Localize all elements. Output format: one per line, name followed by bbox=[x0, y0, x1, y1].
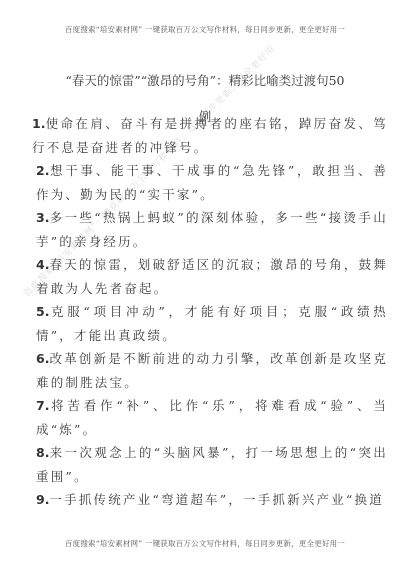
item-text: 将苦看作“补”、比作“乐”，将难看成“验”、当成“炼”。 bbox=[36, 398, 388, 437]
document-body: 1.使命在肩、奋斗有是拼搏者的座右铭，踔厉奋发、笃行不息是奋进者的冲锋号。 2.… bbox=[32, 112, 388, 512]
item-text: 想干事、能干事、干成事的“急先锋”，敢担当、善作为、勤为民的“实干家”。 bbox=[36, 163, 388, 202]
item-number: 3. bbox=[36, 210, 49, 225]
item-text: 来一次观念上的“头脑风暴”，打一场思想上的“突出重围”。 bbox=[36, 445, 388, 484]
header-promo-note: 百度搜索“培安素材网” 一键获取百万公文写作材料，每日同步更新，更全更好用一 bbox=[0, 24, 410, 35]
list-item: 9.一手抓传统产业“弯道超车”，一手抓新兴产业“换道 bbox=[32, 488, 388, 512]
item-text: 使命在肩、奋斗有是拼搏者的座右铭，踔厉奋发、笃行不息是奋进者的冲锋号。 bbox=[32, 116, 388, 155]
footer-promo-note: 百度搜索“培安素材网” 一键获取百万公文写作材料，每日同步更新，更全更好用一 bbox=[0, 538, 410, 549]
item-number: 1. bbox=[32, 116, 45, 131]
item-number: 8. bbox=[36, 445, 49, 460]
item-number: 7. bbox=[36, 398, 49, 413]
item-number: 9. bbox=[36, 492, 49, 507]
list-item: 8.来一次观念上的“头脑风暴”，打一场思想上的“突出重围”。 bbox=[32, 441, 388, 488]
list-item: 1.使命在肩、奋斗有是拼搏者的座右铭，踔厉奋发、笃行不息是奋进者的冲锋号。 bbox=[32, 112, 388, 159]
item-text: 春天的惊雷，划破舒适区的沉寂；激昂的号角，鼓舞着敢为人先者奋起。 bbox=[36, 257, 388, 296]
list-item: 7.将苦看作“补”、比作“乐”，将难看成“验”、当成“炼”。 bbox=[32, 394, 388, 441]
item-number: 2. bbox=[36, 163, 49, 178]
list-item: 4.春天的惊雷，划破舒适区的沉寂；激昂的号角，鼓舞着敢为人先者奋起。 bbox=[32, 253, 388, 300]
item-text: 一手抓传统产业“弯道超车”，一手抓新兴产业“换道 bbox=[49, 492, 383, 507]
list-item: 5.克服“项目冲动”，才能有好项目；克服“政绩热情”，才能出真政绩。 bbox=[32, 300, 388, 347]
item-number: 4. bbox=[36, 257, 49, 272]
item-text: 多一些“热锅上蚂蚁”的深刻体验，多一些“接烫手山芋”的亲身经历。 bbox=[36, 210, 388, 249]
list-item: 3.多一些“热锅上蚂蚁”的深刻体验，多一些“接烫手山芋”的亲身经历。 bbox=[32, 206, 388, 253]
item-number: 5. bbox=[36, 304, 49, 319]
item-number: 6. bbox=[36, 351, 49, 366]
item-text: 改革创新是不断前进的动力引擎，改革创新是攻坚克难的制胜法宝。 bbox=[36, 351, 388, 390]
document-title-line1: “春天的惊雷”“激昂的号角”：精彩比喻类过渡句50 bbox=[40, 63, 370, 99]
item-text: 克服“项目冲动”，才能有好项目；克服“政绩热情”，才能出真政绩。 bbox=[36, 304, 388, 343]
list-item: 6.改革创新是不断前进的动力引擎，改革创新是攻坚克难的制胜法宝。 bbox=[32, 347, 388, 394]
list-item: 2.想干事、能干事、干成事的“急先锋”，敢担当、善作为、勤为民的“实干家”。 bbox=[32, 159, 388, 206]
